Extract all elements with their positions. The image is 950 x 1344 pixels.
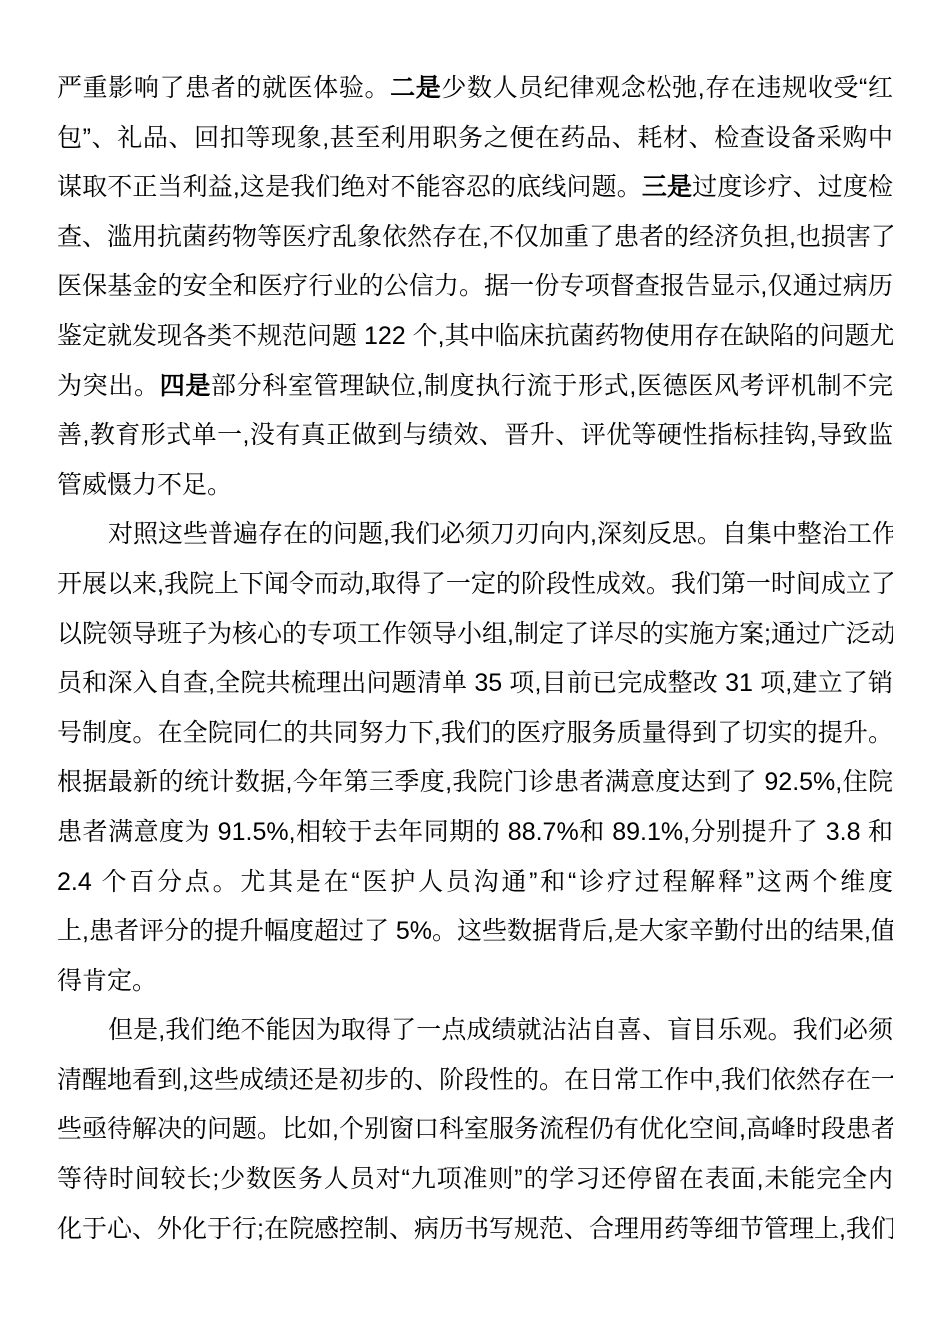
bold-run-text: 二是 bbox=[390, 74, 441, 102]
text-line: 上,患者评分的提升幅度超过了 5%。这些数据背后,是大家辛勤付出的结果,值 bbox=[57, 907, 893, 957]
text-line: 员和深入自查,全院共梳理出问题清单 35 项,目前已完成整改 31 项,建立了销 bbox=[57, 659, 893, 709]
body-run-text: 包”、礼品、回扣等现象,甚至利用职务之便在药品、耗材、检查设备采购中 bbox=[57, 124, 893, 152]
body-run-text: 谋取不正当利益,这是我们绝对不能容忍的底线问题。 bbox=[57, 173, 642, 201]
paragraph: 但是,我们绝不能因为取得了一点成绩就沾沾自喜、盲目乐观。我们必须清醒地看到,这些… bbox=[57, 1006, 893, 1254]
text-line: 清醒地看到,这些成绩还是初步的、阶段性的。在日常工作中,我们依然存在一 bbox=[57, 1056, 893, 1106]
text-line: 医保基金的安全和医疗行业的公信力。据一份专项督查报告显示,仅通过病历 bbox=[57, 262, 893, 312]
text-line: 开展以来,我院上下闻令而动,取得了一定的阶段性成效。我们第一时间成立了 bbox=[57, 560, 893, 610]
text-line: 对照这些普遍存在的问题,我们必须刀刃向内,深刻反思。自集中整治工作 bbox=[57, 510, 893, 560]
text-line: 化于心、外化于行;在院感控制、病历书写规范、合理用药等细节管理上,我们 bbox=[57, 1205, 893, 1255]
body-run-text: 患者满意度为 91.5%,相较于去年同期的 88.7%和 89.1%,分别提升了… bbox=[57, 818, 893, 846]
text-line: 善,教育形式单一,没有真正做到与绩效、晋升、评优等硬性指标挂钩,导致监 bbox=[57, 411, 893, 461]
text-line: 为突出。四是部分科室管理缺位,制度执行流于形式,医德医风考评机制不完 bbox=[57, 362, 893, 412]
body-run-text: 2.4 个百分点。尤其是在“医护人员沟通”和“诊疗过程解释”这两个维度 bbox=[57, 868, 893, 896]
body-run-text: 但是,我们绝不能因为取得了一点成绩就沾沾自喜、盲目乐观。我们必须 bbox=[108, 1016, 893, 1044]
text-line: 得肯定。 bbox=[57, 957, 893, 1007]
text-line: 但是,我们绝不能因为取得了一点成绩就沾沾自喜、盲目乐观。我们必须 bbox=[57, 1006, 893, 1056]
paragraph: 严重影响了患者的就医体验。二是少数人员纪律观念松弛,存在违规收受“红包”、礼品、… bbox=[57, 64, 893, 510]
body-run-text: 医保基金的安全和医疗行业的公信力。据一份专项督查报告显示,仅通过病历 bbox=[57, 272, 893, 300]
text-line: 包”、礼品、回扣等现象,甚至利用职务之便在药品、耗材、检查设备采购中 bbox=[57, 114, 893, 164]
text-line: 以院领导班子为核心的专项工作领导小组,制定了详尽的实施方案;通过广泛动 bbox=[57, 610, 893, 660]
body-run-text: 善,教育形式单一,没有真正做到与绩效、晋升、评优等硬性指标挂钩,导致监 bbox=[57, 421, 893, 449]
body-run-text: 清醒地看到,这些成绩还是初步的、阶段性的。在日常工作中,我们依然存在一 bbox=[57, 1066, 893, 1094]
body-run-text: 得肯定。 bbox=[57, 967, 157, 995]
text-line: 严重影响了患者的就医体验。二是少数人员纪律观念松弛,存在违规收受“红 bbox=[57, 64, 893, 114]
body-run-text: 号制度。在全院同仁的共同努力下,我们的医疗服务质量得到了切实的提升。 bbox=[57, 719, 893, 747]
text-line: 鉴定就发现各类不规范问题 122 个,其中临床抗菌药物使用存在缺陷的问题尤 bbox=[57, 312, 893, 362]
body-run-text: 为突出。 bbox=[57, 372, 160, 400]
body-run-text: 等待时间较长;少数医务人员对“九项准则”的学习还停留在表面,未能完全内 bbox=[57, 1165, 893, 1193]
text-line: 等待时间较长;少数医务人员对“九项准则”的学习还停留在表面,未能完全内 bbox=[57, 1155, 893, 1205]
body-run-text: 化于心、外化于行;在院感控制、病历书写规范、合理用药等细节管理上,我们 bbox=[57, 1215, 893, 1243]
bold-run-text: 三是 bbox=[642, 173, 692, 201]
text-line: 些亟待解决的问题。比如,个别窗口科室服务流程仍有优化空间,高峰时段患者 bbox=[57, 1105, 893, 1155]
text-line: 管威慑力不足。 bbox=[57, 461, 893, 511]
body-run-text: 过度诊疗、过度检 bbox=[692, 173, 893, 201]
body-run-text: 以院领导班子为核心的专项工作领导小组,制定了详尽的实施方案;通过广泛动 bbox=[57, 620, 893, 648]
body-run-text: 查、滥用抗菌药物等医疗乱象依然存在,不仅加重了患者的经济负担,也损害了 bbox=[57, 223, 893, 251]
text-line: 查、滥用抗菌药物等医疗乱象依然存在,不仅加重了患者的经济负担,也损害了 bbox=[57, 213, 893, 263]
document-page: 严重影响了患者的就医体验。二是少数人员纪律观念松弛,存在违规收受“红包”、礼品、… bbox=[0, 0, 950, 1344]
paragraph: 对照这些普遍存在的问题,我们必须刀刃向内,深刻反思。自集中整治工作开展以来,我院… bbox=[57, 510, 893, 1006]
text-line: 谋取不正当利益,这是我们绝对不能容忍的底线问题。三是过度诊疗、过度检 bbox=[57, 163, 893, 213]
body-run-text: 严重影响了患者的就医体验。 bbox=[57, 74, 390, 102]
body-run-text: 对照这些普遍存在的问题,我们必须刀刃向内,深刻反思。自集中整治工作 bbox=[108, 520, 893, 548]
body-run-text: 员和深入自查,全院共梳理出问题清单 35 项,目前已完成整改 31 项,建立了销 bbox=[57, 669, 893, 697]
text-line: 号制度。在全院同仁的共同努力下,我们的医疗服务质量得到了切实的提升。 bbox=[57, 709, 893, 759]
text-line: 根据最新的统计数据,今年第三季度,我院门诊患者满意度达到了 92.5%,住院 bbox=[57, 758, 893, 808]
body-run-text: 少数人员纪律观念松弛,存在违规收受“红 bbox=[441, 74, 893, 102]
body-run-text: 上,患者评分的提升幅度超过了 5%。这些数据背后,是大家辛勤付出的结果,值 bbox=[57, 917, 893, 945]
body-run-text: 根据最新的统计数据,今年第三季度,我院门诊患者满意度达到了 92.5%,住院 bbox=[57, 768, 893, 796]
body-run-text: 开展以来,我院上下闻令而动,取得了一定的阶段性成效。我们第一时间成立了 bbox=[57, 570, 893, 598]
body-run-text: 管威慑力不足。 bbox=[57, 471, 232, 499]
body-run-text: 鉴定就发现各类不规范问题 122 个,其中临床抗菌药物使用存在缺陷的问题尤 bbox=[57, 322, 893, 350]
bold-run-text: 四是 bbox=[160, 372, 211, 400]
body-run-text: 些亟待解决的问题。比如,个别窗口科室服务流程仍有优化空间,高峰时段患者 bbox=[57, 1115, 893, 1143]
text-line: 2.4 个百分点。尤其是在“医护人员沟通”和“诊疗过程解释”这两个维度 bbox=[57, 858, 893, 908]
body-run-text: 部分科室管理缺位,制度执行流于形式,医德医风考评机制不完 bbox=[211, 372, 893, 400]
text-line: 患者满意度为 91.5%,相较于去年同期的 88.7%和 89.1%,分别提升了… bbox=[57, 808, 893, 858]
